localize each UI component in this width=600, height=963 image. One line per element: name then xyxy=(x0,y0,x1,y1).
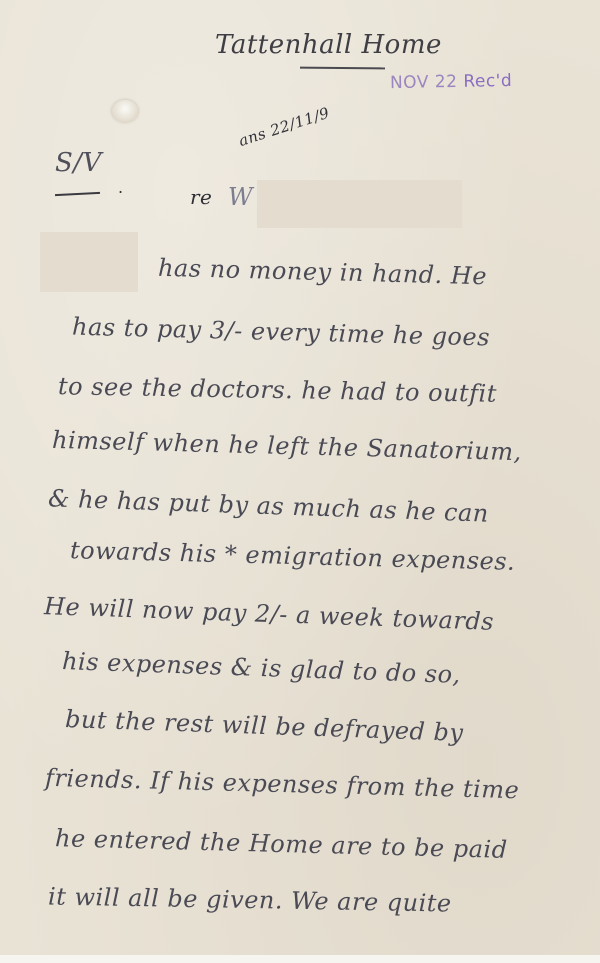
reference-dot: . xyxy=(118,178,124,197)
body-line-12: it will all be given. We are quite xyxy=(48,882,452,917)
body-line-6: towards his * emigration expenses. xyxy=(70,536,516,576)
letterhead-underline xyxy=(300,67,385,70)
re-initial: W xyxy=(228,183,253,211)
body-line-9: but the rest will be defrayed by xyxy=(65,705,464,747)
stamp-label: Rec'd xyxy=(463,71,512,92)
received-stamp: NOV 22 Rec'd xyxy=(390,71,513,93)
scan-border xyxy=(0,955,600,963)
redaction-box-subject xyxy=(40,232,138,292)
body-line-10: friends. If his expenses from the time xyxy=(45,764,520,804)
stamp-date: NOV 22 xyxy=(390,72,458,93)
body-line-4: himself when he left the Sanatorium, xyxy=(52,426,522,466)
redaction-box-recipient xyxy=(257,180,462,228)
body-line-2: has to pay 3/- every time he goes xyxy=(72,313,491,352)
body-line-11: he entered the Home are to be paid xyxy=(55,824,508,864)
body-line-5: & he has put by as much as he can xyxy=(48,484,490,527)
body-line-3: to see the doctors. he had to outfit xyxy=(58,372,497,408)
wax-seal-mark xyxy=(112,100,138,122)
re-prefix: re xyxy=(190,185,212,209)
body-line-6-text: towards his * emigration expenses. xyxy=(70,536,516,576)
body-line-8: his expenses & is glad to do so, xyxy=(62,647,462,689)
body-line-7: He will now pay 2/- a week towards xyxy=(44,592,495,636)
reference-mark: S/V xyxy=(55,148,102,178)
letterhead-title: Tattenhall Home xyxy=(215,30,442,60)
answered-annotation: ans 22/11/9 xyxy=(236,104,331,150)
reference-underline xyxy=(55,192,100,196)
letter-page: Tattenhall Home NOV 22 Rec'd ans 22/11/9… xyxy=(0,0,600,955)
body-line-1: has no money in hand. He xyxy=(158,254,488,291)
